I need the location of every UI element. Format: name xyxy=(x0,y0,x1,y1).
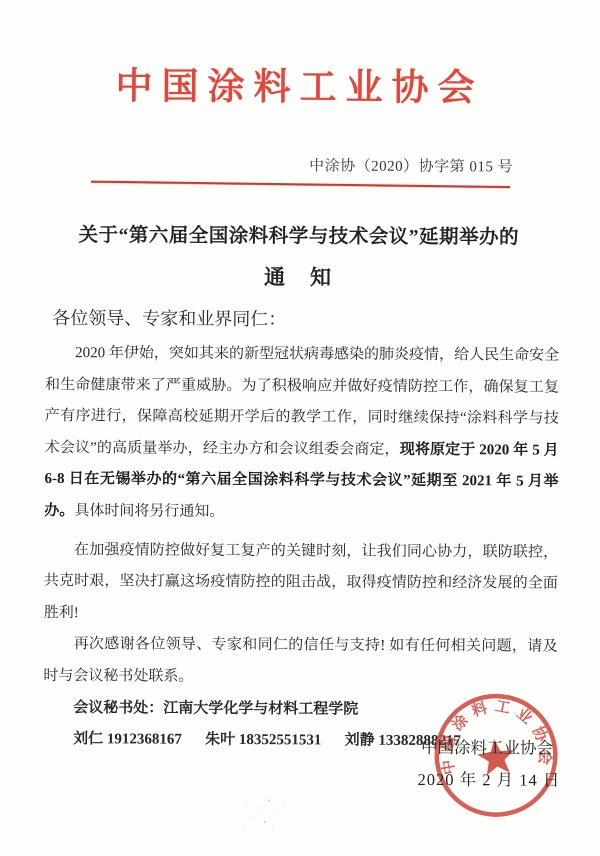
contact-entry: 刘仁 1912368167 xyxy=(73,731,182,748)
notice-subtitle: 通 知 xyxy=(0,260,599,293)
contact-phone: 1912368167 xyxy=(107,731,182,747)
contact-name: 刘静 xyxy=(345,733,375,749)
paragraph-3: 再次感谢各位领导、专家和同仁的信任与支持! 如有任何相关问题，请及时与会议秘书处… xyxy=(43,629,557,695)
signature-date: 2020 年 2 月 14 日 xyxy=(396,766,582,791)
contact-entry: 朱叶 18352551531 xyxy=(205,732,321,749)
paragraph-1-tail: 具体时间将另行通知。 xyxy=(74,503,224,520)
contact-name: 刘仁 xyxy=(73,731,103,747)
red-rule-divider xyxy=(91,181,510,188)
contact-phone: 18352551531 xyxy=(239,732,322,748)
paragraph-2: 在加强疫情防控做好复工复产的关键时刻，让我们同心协力，联防联控，共克时艰，坚决打… xyxy=(44,535,558,632)
doc-number: 中涂协（2020）协字第 015 号 xyxy=(309,154,513,176)
notice-title: 关于“第六届全国涂料科学与技术会议”延期举办的 xyxy=(0,219,599,250)
org-title: 中国涂料工业协会 xyxy=(0,55,600,112)
paragraph-1-lead: 2020 年伊始，突如其来的新型冠状病毒感染的肺炎疫情，给人民生命安全和生命健康… xyxy=(45,345,560,457)
paragraph-1: 2020 年伊始，突如其来的新型冠状病毒感染的肺炎疫情，给人民生命安全和生命健康… xyxy=(44,338,559,530)
signature-org: 中国涂料工业协会 xyxy=(394,734,580,759)
contact-name: 朱叶 xyxy=(205,732,235,748)
document-sheet: 中国涂料工业协会 中涂协（2020）协字第 015 号 关于“第六届全国涂料科学… xyxy=(0,0,600,856)
salutation: 各位领导、专家和业界同仁： xyxy=(52,304,286,331)
scan-noise xyxy=(239,796,293,836)
